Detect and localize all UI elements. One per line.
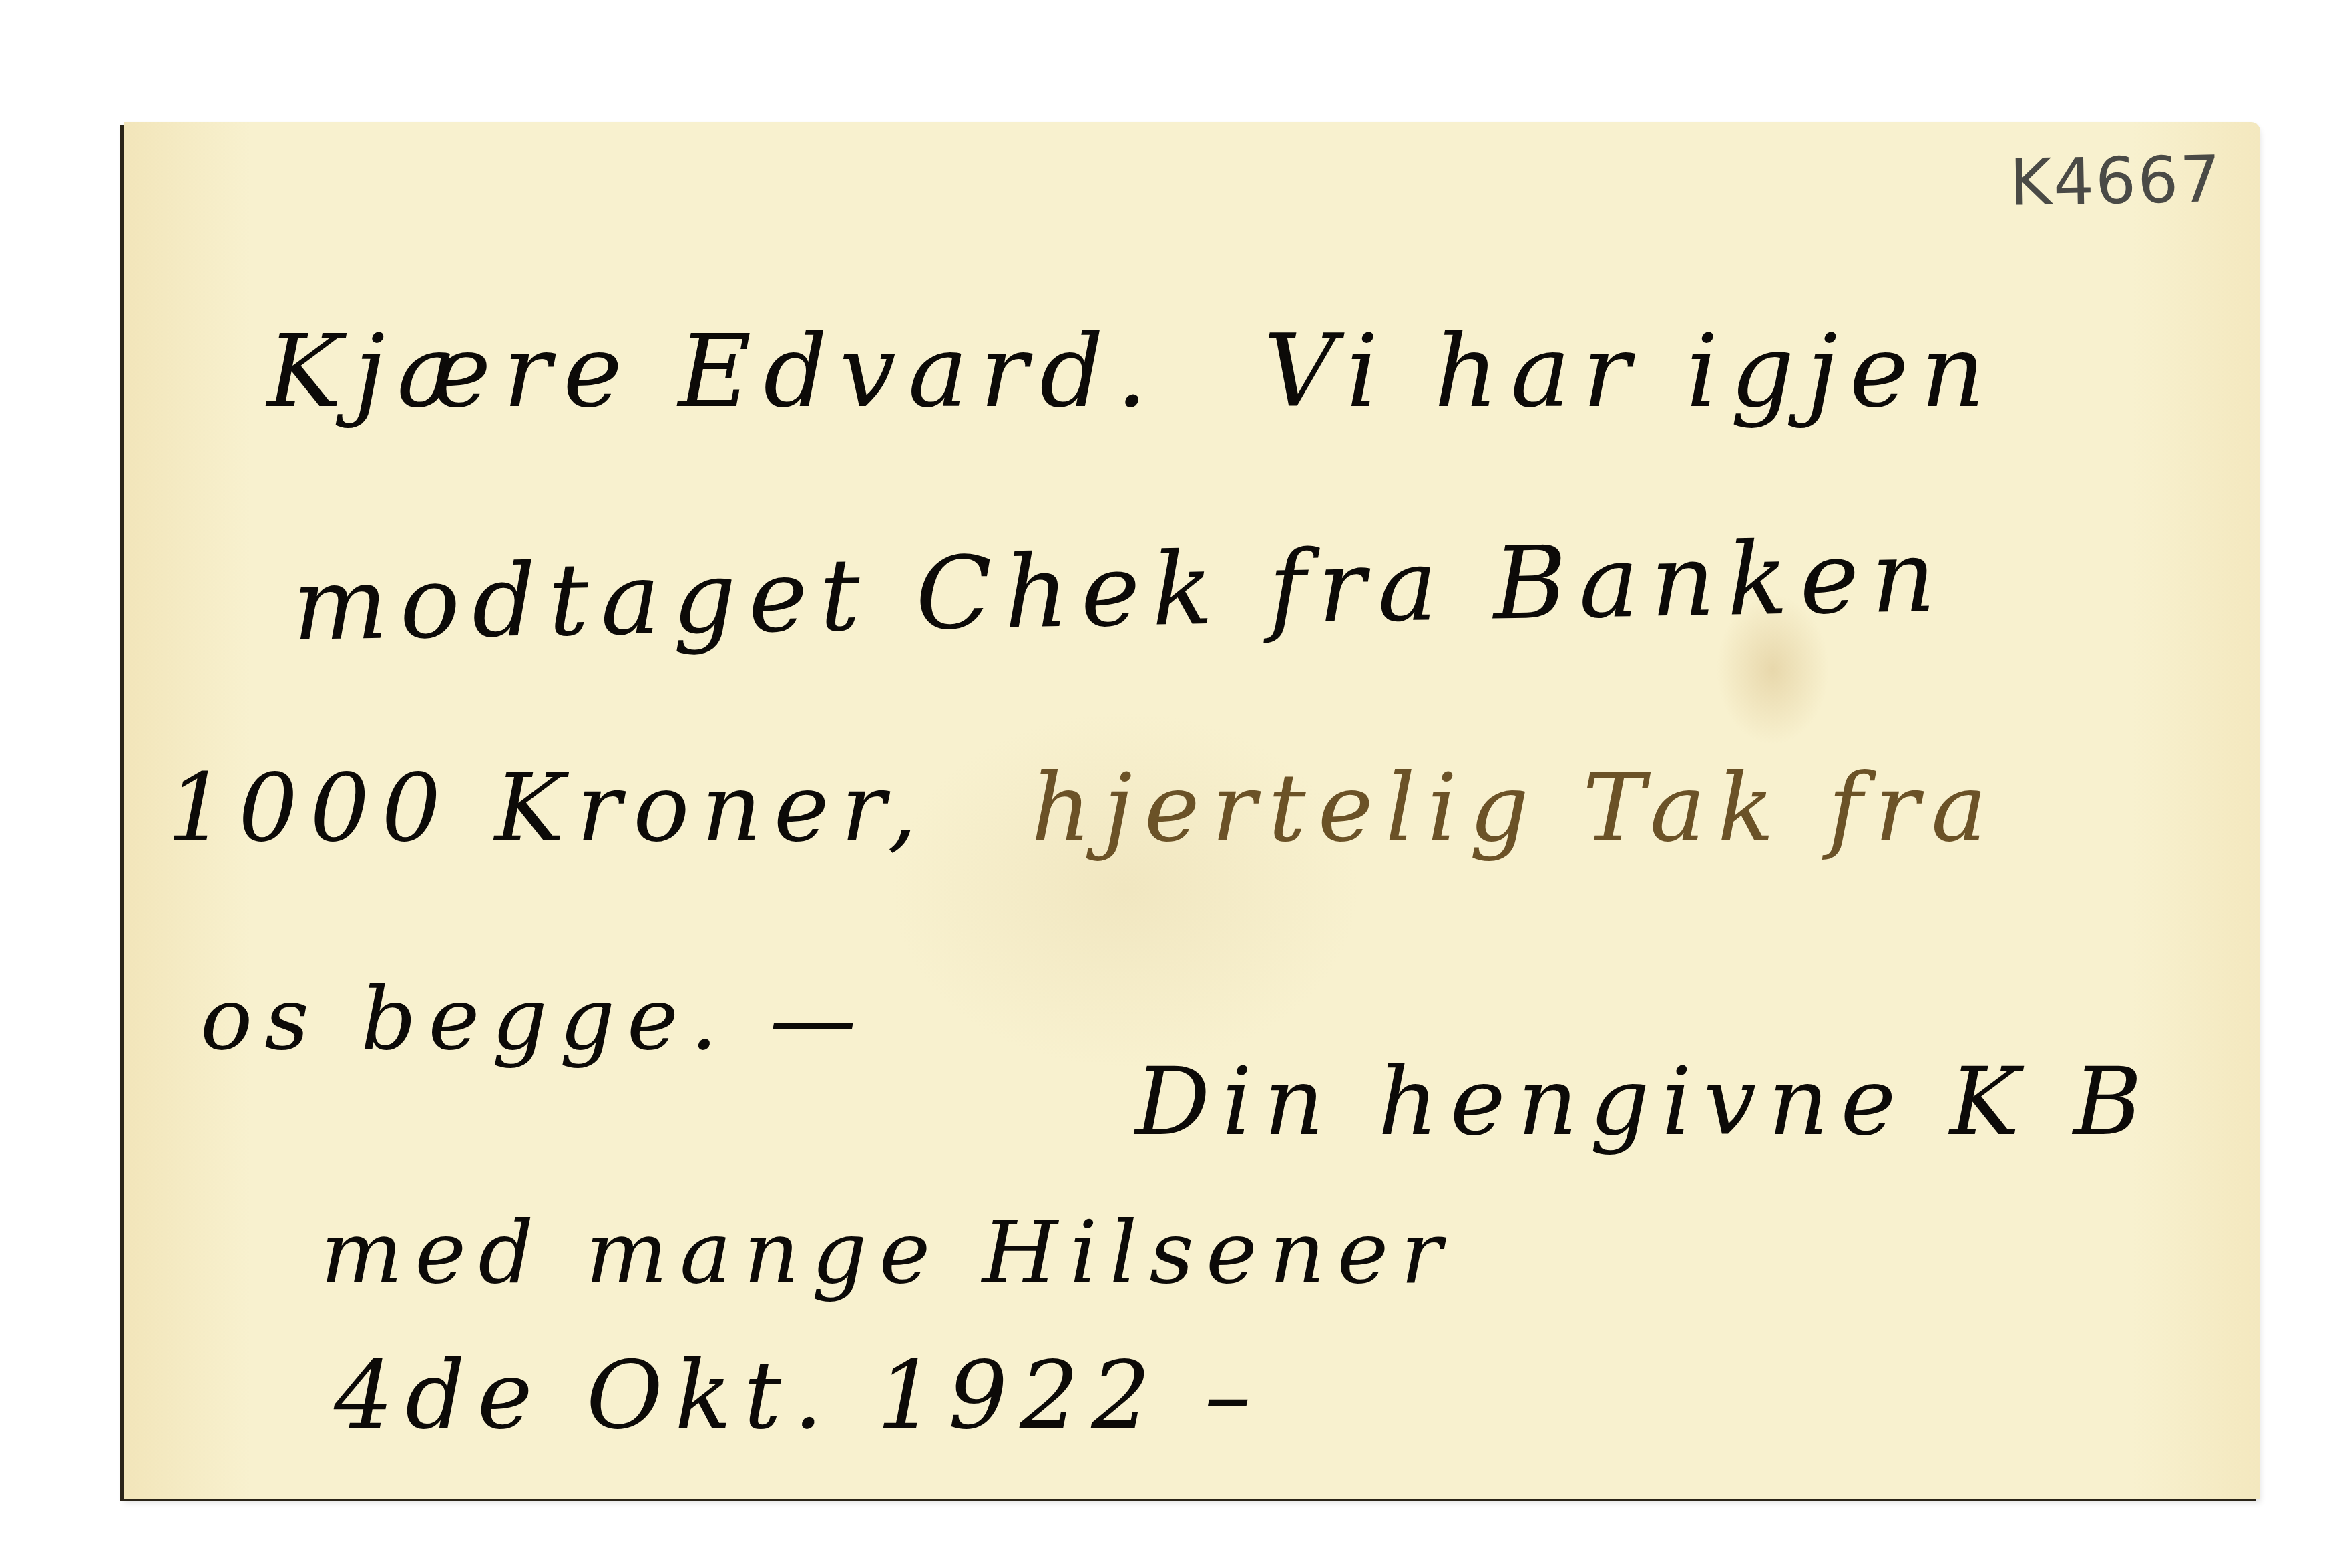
text-segment: Vi har igjen xyxy=(1264,314,1998,430)
date-line: 4de Okt. 1922 – xyxy=(334,1342,1323,1451)
signature-text: Din hengivne K B xyxy=(1135,1048,2154,1157)
text-segment: os begge. — xyxy=(200,968,868,1069)
signature: Din hengivne K B xyxy=(1135,1048,2214,1157)
text-line-6: med mange Hilsener xyxy=(321,1202,1514,1303)
text-line-1: Kjære Edvard. Vi har igjen xyxy=(267,314,2057,430)
date-text: 4de Okt. 1922 – xyxy=(334,1342,1263,1451)
salutation: Kjære Edvard. xyxy=(267,314,1160,430)
amount-text: 1000 Kroner, xyxy=(167,754,929,863)
archive-number: K4667 xyxy=(2009,142,2222,220)
text-line-4: os begge. — xyxy=(200,968,928,1069)
thanks-text: hjertelig Tak fra xyxy=(1031,754,1999,863)
text-segment: med mange Hilsener xyxy=(321,1202,1454,1303)
text-line-3: 1000 Kroner, hjertelig Tak fra xyxy=(167,754,2059,863)
